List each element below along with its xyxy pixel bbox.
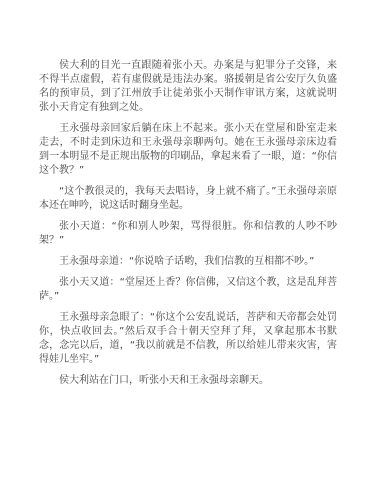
text-block: 侯大利的目光一直跟随着张小天。办案是与犯罪分子交锋，来不得半点虚假，若有虚假就是… xyxy=(39,59,337,395)
paragraph: 王永强母亲道：“你说啥子话哟，我们信教的互相都不吵。” xyxy=(39,255,337,269)
paragraph: 侯大利的目光一直跟随着张小天。办案是与犯罪分子交锋，来不得半点虚假，若有虚假就是… xyxy=(39,59,337,115)
paragraph: 侯大利站在门口，听张小天和王永强母亲聊天。 xyxy=(39,374,337,388)
paragraph: 王永强母亲回家后躺在床上不起来。张小天在堂屋和卧室走来走去，不时走到床边和王永强… xyxy=(39,122,337,178)
paragraph: 张小天道：“你和别人吵架，骂得很脏。你和信教的人吵不吵架？” xyxy=(39,220,337,248)
paragraph: “这个教很灵的，我每天去唱诗，身上就不痛了。”王永强母亲原本还在呻吟，说这话时翻… xyxy=(39,185,337,213)
paragraph: 王永强母亲急眼了：“你这个公安乱说话，菩萨和天帝都会处罚你，快点收回去。”然后双… xyxy=(39,311,337,367)
reader-page: 侯大利的目光一直跟随着张小天。办案是与犯罪分子交锋，来不得半点虚假，若有虚假就是… xyxy=(0,0,370,480)
paragraph: 张小天又道：“堂屋还上香？你信佛，又信这个教，这是乱拜菩萨。” xyxy=(39,276,337,304)
